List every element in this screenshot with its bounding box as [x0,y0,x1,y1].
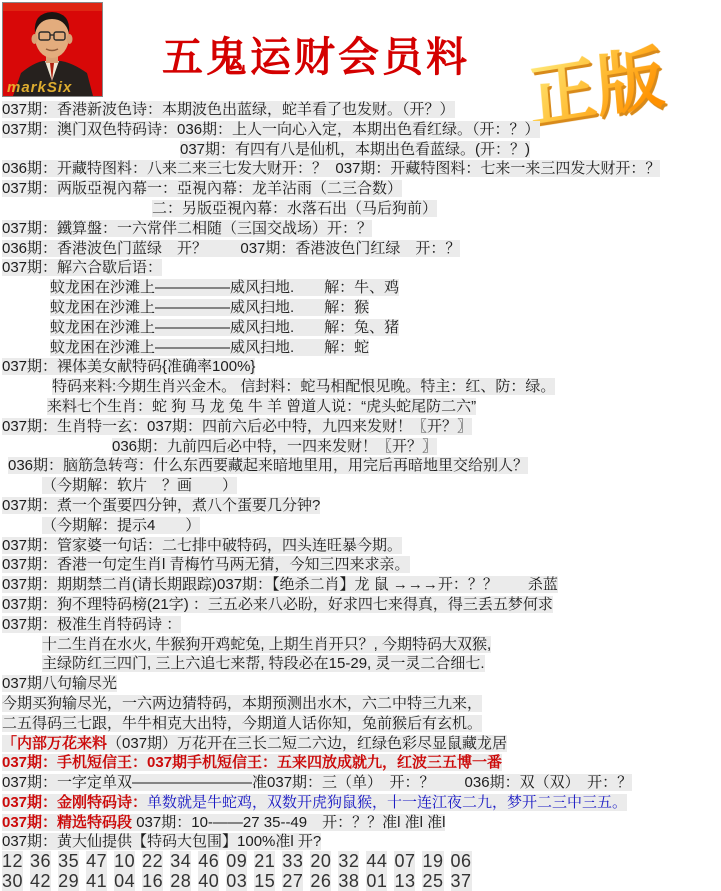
text-segment: 036期：香港波色门蓝绿 开？ 037期：香港波色门红绿 开：？ [2,240,460,257]
text-segment: 037期八句输尽光 [2,675,117,692]
number-cell: 15 [254,871,275,891]
text-line: 036期：脑筋急转弯：什么东西要藏起来暗地里用，用完后再暗地里交给别人？ [2,456,719,476]
number-cell: 42 [30,871,51,891]
page-title: 五鬼运财会员料 [162,24,470,83]
text-line: 037期八句输尽光 [2,674,719,694]
text-line: 蚊龙困在沙滩上—————威风扫地. 解：牛、鸡 [2,278,719,298]
text-segment: 来料七个生肖：蛇 狗 马 龙 兔 牛 羊 曾道人说：“虎头蛇尾防二六” [47,398,476,415]
number-cell: 46 [198,851,219,871]
text-segment: 蚊龙困在沙滩上—————威风扫地. 解：牛、鸡 [50,279,399,296]
text-segment: 037期：煮一个蛋要四分钟，煮八个蛋要几分钟? [2,497,320,514]
number-cell: 35 [58,851,79,871]
number-cell: 30 [2,871,23,891]
text-segment: 037期：有四有八是仙机，本期出色看蓝绿。(开：？) [180,141,530,158]
text-line: 037期：香港一句定生肖l 青梅竹马两无猜，今知三四来求亲。 [2,555,719,575]
number-cell: 40 [198,871,219,891]
number-cell: 34 [170,851,191,871]
text-segment: 蚊龙困在沙滩上—————威风扫地. 解：蛇 [50,339,369,356]
text-segment: 036期：脑筋急转弯：什么东西要藏起来暗地里用，用完后再暗地里交给别人？ [8,457,528,474]
text-line: 037期：狗不理特码榜(21字) ：三五必来八必盼，好求四七来得真，得三丢五梦何… [2,595,719,615]
number-cell: 41 [86,871,107,891]
text-line: 蚊龙困在沙滩上—————威风扫地. 解：猴 [2,298,719,318]
text-segment: 037期：金刚特码诗： [2,794,147,811]
number-cell: 13 [394,871,415,891]
number-cell: 03 [226,871,247,891]
text-segment: 037期：精选特码段 [2,814,136,831]
text-segment: 037期：管家婆一句话：二七排中破特码，四头连旺暴今期。 [2,537,402,554]
text-segment: （037期）万花开在三长二短二六边，红绿色彩尽显鼠藏龙居 [107,735,507,752]
text-segment: 037期：两版亞視內幕一：亞視內幕：龙羊沾雨（二三合数） [2,180,402,197]
text-line: 二五得码三七跟，牛牛相克大出特，今期道人话你知，兔前猴后有玄机。 [2,714,719,734]
text-line: 037期：一字定单双————————准037期：三（单） 开：？ 036期：双（… [2,773,719,793]
text-line: 十二生肖在水火, 牛猴狗开鸡蛇兔, 上期生肖开只？, 今期特码大双猴, [2,635,719,655]
number-cell: 07 [394,851,415,871]
number-cell: 22 [142,851,163,871]
number-row: 3042294104162840031527263801132537 [2,872,719,891]
number-cell: 10 [114,851,135,871]
number-cell: 47 [86,851,107,871]
text-segment: 特码来料:今期生肖兴金木。 信封料：蛇马相配恨见晚。特主：红、防：绿。 [52,378,555,395]
text-line: 037期：手机短信王：037期手机短信王：五来四放成就九，红波三五博一番 [2,753,719,773]
text-segment: 037期：裸体美女献特码{准确率100%} [2,358,255,375]
author-photo: markSix [2,2,103,97]
text-line: 今期买狗输尽光，一六两边猜特码，本期预测出水木，六二中特三九来， [2,694,719,714]
text-segment: 「内部万花来料 [2,735,107,752]
text-segment: 037期：期期禁二肖(请长期跟踪)037期：【绝杀二肖】龙 鼠 →→→开：？？ … [2,576,558,593]
text-segment: 单数就是牛蛇鸡，双数开虎狗鼠猴，十一连江夜二九，梦开二三中三五。 [147,794,627,811]
number-cell: 38 [338,871,359,891]
text-segment: 037期：手机短信王：037期手机短信王：五来四放成就九，红波三五博一番 [2,754,502,771]
text-segment: 037期：生肖特一玄：037期：四前六后必中特，九四来发财！〖开？〗 [2,418,472,435]
text-line: 037期：两版亞視內幕一：亞視內幕：龙羊沾雨（二三合数） [2,179,719,199]
text-line: 037期：香港新波色诗：本期波色出蓝绿，蛇羊看了也发财。（开？） [2,100,719,120]
text-line: 蚊龙困在沙滩上—————威风扫地. 解：兔、猪 [2,318,719,338]
number-cell: 21 [254,851,275,871]
number-cell: 19 [422,851,443,871]
text-segment: 二五得码三七跟，牛牛相克大出特，今期道人话你知，兔前猴后有玄机。 [2,715,482,732]
text-line: 037期：有四有八是仙机，本期出色看蓝绿。(开：？) [2,140,719,160]
text-segment: 今期买狗输尽光，一六两边猜特码，本期预测出水木，六二中特三九来， [2,695,482,712]
text-segment: 037期：澳门双色特码诗：036期：上人一向心入定，本期出色看红绿。（开：？） [2,121,540,138]
text-line: 036期：九前四后必中特，一四来发财！〖开？〗 [2,437,719,457]
number-cell: 09 [226,851,247,871]
text-segment: 036期：开藏特图料：八来二来三七发大财开：？ 037期：开藏特图料：七来一来三… [2,160,660,177]
text-segment: （今期解：提示4 ） [42,517,200,534]
text-segment: 蚊龙困在沙滩上—————威风扫地. 解：兔、猪 [50,319,399,336]
text-segment: 037期：黄大仙提供【特码大包围】100%准l 开? [2,833,321,850]
number-cell: 27 [282,871,303,891]
text-line: 037期：期期禁二肖(请长期跟踪)037期：【绝杀二肖】龙 鼠 →→→开：？？ … [2,575,719,595]
number-cell: 28 [170,871,191,891]
number-cell: 26 [310,871,331,891]
tip-sheet-lines: 037期：香港新波色诗：本期波色出蓝绿，蛇羊看了也发财。（开？）037期：澳门双… [2,100,719,891]
text-line: 主绿防红三四门, 三上六追七来帮, 特段必在15-29, 灵一灵二合细七. [2,654,719,674]
text-segment: 037期：10-——27 35--49 开：？？准l 准l 准l [136,814,445,831]
text-segment: 主绿防红三四门, 三上六追七来帮, 特段必在15-29, 灵一灵二合细七. [42,655,485,672]
number-cell: 01 [366,871,387,891]
text-line: 037期：极准生肖特码诗 ： [2,615,719,635]
number-cell: 16 [142,871,163,891]
text-line: 「内部万花来料（037期）万花开在三长二短二六边，红绿色彩尽显鼠藏龙居 [2,734,719,754]
text-segment: 037期：香港一句定生肖l 青梅竹马两无猜，今知三四来求亲。 [2,556,410,573]
number-cell: 37 [451,871,472,891]
text-line: 037期：鐵算盤：一六常伴二相随（三国交战场）开：？ [2,219,719,239]
text-line: 来料七个生肖：蛇 狗 马 龙 兔 牛 羊 曾道人说：“虎头蛇尾防二六” [2,397,719,417]
text-segment: 036期：九前四后必中特，一四来发财！〖开？〗 [112,438,437,455]
text-line: 037期：管家婆一句话：二七排中破特码，四头连旺暴今期。 [2,536,719,556]
text-line: 二：另版亞視內幕：水落石出（马后狗前） [2,199,719,219]
number-cell: 12 [2,851,23,871]
text-segment: （今期解：软片 ？画 ） [42,477,237,494]
text-line: 037期：黄大仙提供【特码大包围】100%准l 开? [2,832,719,852]
number-cell: 32 [338,851,359,871]
text-segment: 037期：极准生肖特码诗 ： [2,616,181,633]
text-line: 037期：生肖特一玄：037期：四前六后必中特，九四来发财！〖开？〗 [2,417,719,437]
number-cell: 04 [114,871,135,891]
number-cell: 33 [282,851,303,871]
number-cell: 44 [366,851,387,871]
text-line: （今期解：软片 ？画 ） [2,476,719,496]
text-line: （今期解：提示4 ） [2,516,719,536]
text-segment: 037期：香港新波色诗：本期波色出蓝绿，蛇羊看了也发财。（开？） [2,101,455,118]
number-cell: 36 [30,851,51,871]
number-cell: 29 [58,871,79,891]
number-cell: 20 [310,851,331,871]
text-segment: 十二生肖在水火, 牛猴狗开鸡蛇兔, 上期生肖开只？, 今期特码大双猴, [42,636,491,653]
text-segment: 037期：一字定单双————————准037期：三（单） 开：？ 036期：双（… [2,774,632,791]
text-line: 037期：精选特码段 037期：10-——27 35--49 开：？？准l 准l… [2,813,719,833]
text-line: 037期：解六合歇后语： [2,258,719,278]
text-line: 特码来料:今期生肖兴金木。 信封料：蛇马相配恨见晚。特主：红、防：绿。 [2,377,719,397]
text-line: 037期：澳门双色特码诗：036期：上人一向心入定，本期出色看红绿。（开：？） [2,120,719,140]
text-segment: 037期：解六合歇后语： [2,259,162,276]
number-row: 1236354710223446092133203244071906 [2,852,719,872]
text-line: 037期：金刚特码诗：单数就是牛蛇鸡，双数开虎狗鼠猴，十一连江夜二九，梦开二三中… [2,793,719,813]
text-segment: 蚊龙困在沙滩上—————威风扫地. 解：猴 [50,299,369,316]
text-segment: 二：另版亞視內幕：水落石出（马后狗前） [152,200,437,217]
text-line: 037期：裸体美女献特码{准确率100%} [2,357,719,377]
text-line: 蚊龙困在沙滩上—————威风扫地. 解：蛇 [2,338,719,358]
text-segment: 037期：鐵算盤：一六常伴二相随（三国交战场）开：？ [2,220,372,237]
number-cell: 25 [422,871,443,891]
text-line: 036期：香港波色门蓝绿 开？ 037期：香港波色门红绿 开：？ [2,239,719,259]
text-line: 036期：开藏特图料：八来二来三七发大财开：？ 037期：开藏特图料：七来一来三… [2,159,719,179]
text-segment: 037期：狗不理特码榜(21字) ：三五必来八必盼，好求四七来得真，得三丢五梦何… [2,596,553,613]
photo-watermark-text: markSix [7,79,72,96]
number-cell: 06 [451,851,472,871]
text-line: 037期：煮一个蛋要四分钟，煮八个蛋要几分钟? [2,496,719,516]
